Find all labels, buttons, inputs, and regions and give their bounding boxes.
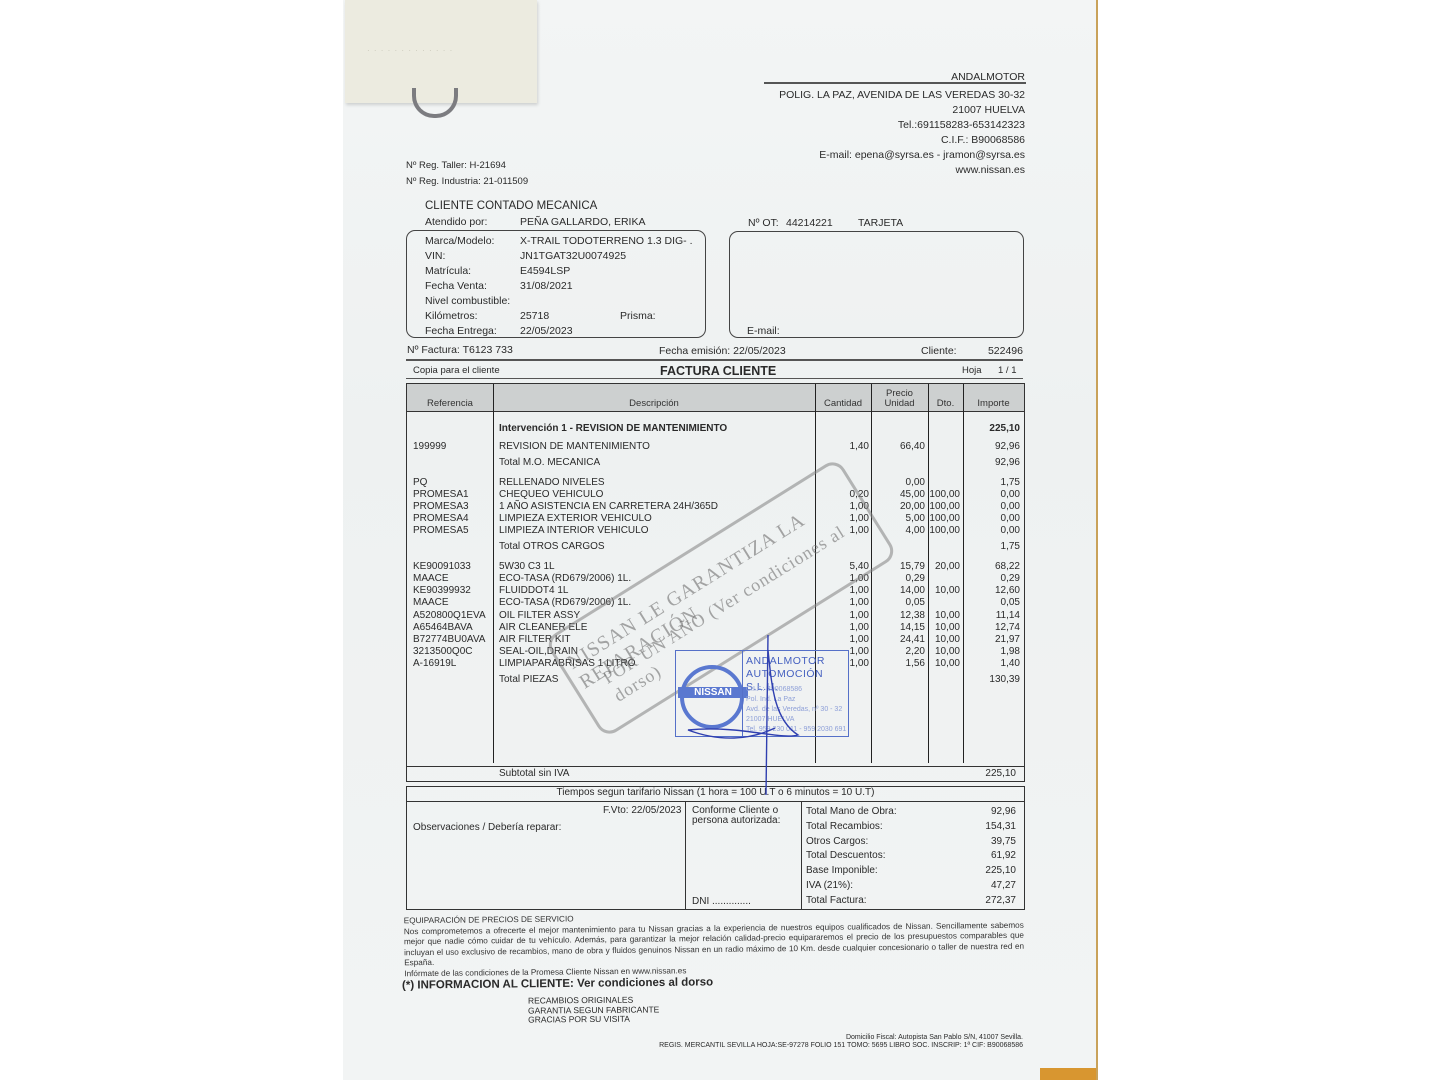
legal-section: EQUIPARACIÓN DE PRECIOS DE SERVICIO Nos … — [404, 910, 1025, 979]
cell-amount: 0,00 — [1001, 513, 1020, 524]
header-dto: Dto. — [928, 398, 963, 409]
cell-ref: PROMESA1 — [413, 489, 469, 500]
cell-amount: 0,00 — [1001, 525, 1020, 536]
cell-amount: 1,75 — [1001, 477, 1020, 488]
ot-label: Nº OT: — [748, 217, 779, 229]
cell-amount: 21,97 — [995, 634, 1020, 645]
cell-ref: PROMESA5 — [413, 525, 469, 536]
cell-amount: 92,96 — [995, 457, 1020, 468]
cell-amount: 130,39 — [989, 674, 1020, 685]
invoice-title: FACTURA CLIENTE — [660, 364, 776, 378]
customer-box — [729, 231, 1024, 338]
cell-desc: 1 AÑO ASISTENCIA EN CARRETERA 24H/365D — [499, 501, 718, 512]
cell-dto: 100,00 — [929, 513, 960, 524]
cell-desc: 5W30 C3 1L — [499, 561, 555, 572]
total-value: 92,96 — [991, 806, 1016, 817]
cell-price: 0,29 — [906, 573, 925, 584]
vehicle-value: 22/05/2023 — [520, 325, 573, 337]
cell-desc: CHEQUEO VEHICULO — [499, 489, 603, 500]
cell-price: 0,05 — [906, 597, 925, 608]
cell-price: 24,41 — [900, 634, 925, 645]
total-value: 154,31 — [985, 821, 1016, 832]
cell-ref: 3213500Q0C — [413, 646, 473, 657]
cell-dto: 10,00 — [935, 622, 960, 633]
cell-qty: 1,40 — [850, 441, 869, 452]
client-number: 522496 — [988, 345, 1023, 357]
header-desc: Descripción — [493, 398, 815, 409]
total-label: Otros Cargos: — [806, 836, 868, 847]
vehicle-label: Fecha Venta: — [425, 280, 487, 292]
cell-price: 14,00 — [900, 585, 925, 596]
vehicle-label: VIN: — [425, 250, 445, 262]
legal-body: Nos comprometemos a ofrecerte el mejor m… — [404, 920, 1024, 968]
cell-price: 14,15 — [900, 622, 925, 633]
cell-ref: PROMESA4 — [413, 513, 469, 524]
cell-price: 15,79 — [900, 561, 925, 572]
cell-price: 1,56 — [906, 658, 925, 669]
table-row: PQRELLENADO NIVELES0,001,75 — [407, 477, 1024, 489]
cell-dto: 10,00 — [935, 658, 960, 669]
vehicle-label: Marca/Modelo: — [425, 235, 494, 247]
customer-type: CLIENTE CONTADO MECANICA — [425, 200, 597, 212]
cell-dto: 10,00 — [935, 646, 960, 657]
cell-amount: 0,29 — [1001, 573, 1020, 584]
summary-table: Tiempos segun tarifario Nissan (1 hora =… — [406, 786, 1025, 910]
cell-qty: 1,00 — [850, 634, 869, 645]
total-value: 47,27 — [991, 880, 1016, 891]
cell-ref: 199999 — [413, 441, 446, 452]
ot-value: 44214221 — [786, 217, 833, 229]
cell-amount: 225,10 — [989, 423, 1020, 434]
vehicle-label: Matrícula: — [425, 265, 471, 277]
col-divider — [801, 801, 802, 909]
cell-ref: MAACE — [413, 573, 449, 584]
cell-qty: 1,00 — [850, 646, 869, 657]
table-row: PROMESA4LIMPIEZA EXTERIOR VEHICULO1,005,… — [407, 513, 1024, 525]
cell-dto: 20,00 — [935, 561, 960, 572]
total-label: Total Factura: — [806, 895, 867, 906]
col-divider — [685, 801, 686, 909]
mercantile-registry: REGIS. MERCANTIL SEVILLA HOJA:SE-97278 F… — [659, 1042, 1023, 1049]
cell-desc: ECO-TASA (RD679/2006) 1L. — [499, 573, 631, 584]
cell-price: 5,00 — [906, 513, 925, 524]
cell-amount: 1,75 — [1001, 541, 1020, 552]
cell-desc: Total PIEZAS — [499, 674, 558, 685]
cell-amount: 1,98 — [1001, 646, 1020, 657]
total-label: Total Descuentos: — [806, 850, 886, 861]
table-row: PROMESA31 AÑO ASISTENCIA EN CARRETERA 24… — [407, 501, 1024, 513]
cell-price: 66,40 — [900, 441, 925, 452]
cell-price: 2,20 — [906, 646, 925, 657]
fiscal-domicile: Domicilio Fiscal: Autopista San Pablo S/… — [846, 1034, 1023, 1041]
closing-lines: RECAMBIOS ORIGINALESGARANTIA SEGUN FABRI… — [528, 995, 660, 1025]
cell-dto: 100,00 — [929, 525, 960, 536]
vehicle-label: Nivel combustible: — [425, 295, 510, 307]
table-row: PROMESA1CHEQUEO VEHICULO0,2045,00100,000… — [407, 489, 1024, 501]
header-price-2: Unidad — [871, 398, 928, 409]
cell-amount: 1,40 — [1001, 658, 1020, 669]
header-amount: Importe — [963, 398, 1024, 409]
cell-ref: PROMESA3 — [413, 501, 469, 512]
cell-dto: 10,00 — [935, 634, 960, 645]
cell-price: 12,38 — [900, 610, 925, 621]
prisma-label: Prisma: — [620, 310, 656, 322]
observations-label: Observaciones / Debería reparar: — [413, 822, 561, 833]
vehicle-value: E4594LSP — [520, 265, 570, 277]
subtotal-label: Subtotal sin IVA — [499, 768, 569, 779]
cell-price: 4,00 — [906, 525, 925, 536]
table-header: Referencia Descripción Cantidad Precio U… — [407, 384, 1024, 412]
cell-desc: RELLENADO NIVELES — [499, 477, 605, 488]
cell-ref: B72774BU0AVA — [413, 634, 485, 645]
cell-price: 0,00 — [906, 477, 925, 488]
cell-desc: LIMPIEZA INTERIOR VEHICULO — [499, 525, 648, 536]
cell-ref: A65464BAVA — [413, 622, 473, 633]
cell-ref: PQ — [413, 477, 427, 488]
email-label: E-mail: — [747, 325, 780, 337]
invoice-number: Nº Factura: T6123 733 — [407, 344, 513, 356]
issue-date: Fecha emisión: 22/05/2023 — [659, 345, 786, 357]
total-label: Base Imponible: — [806, 865, 878, 876]
vehicle-value: 31/08/2021 — [520, 280, 573, 292]
cell-desc: REVISION DE MANTENIMIENTO — [499, 441, 650, 452]
total-value: 272,37 — [985, 895, 1016, 906]
cell-dto: 10,00 — [935, 585, 960, 596]
sheet-value: 1 / 1 — [998, 365, 1017, 376]
cell-price: 20,00 — [900, 501, 925, 512]
cell-dto: 10,00 — [935, 610, 960, 621]
signature — [680, 630, 820, 800]
cell-ref: MAACE — [413, 597, 449, 608]
dealer-name: ANDALMOTOR — [951, 71, 1025, 83]
copy-label: Copia para el cliente — [413, 365, 500, 376]
total-value: 225,10 — [985, 865, 1016, 876]
cell-amount: 68,22 — [995, 561, 1020, 572]
cell-amount: 0,00 — [1001, 501, 1020, 512]
cell-desc: FLUIDDOT4 1L — [499, 585, 568, 596]
title-divider — [406, 378, 1023, 379]
cell-amount: 12,60 — [995, 585, 1020, 596]
cell-qty: 1,00 — [850, 658, 869, 669]
header-ref: Referencia — [407, 398, 493, 409]
cell-desc: LIMPIEZA EXTERIOR VEHICULO — [499, 513, 652, 524]
dealer-city: 21007 HUELVA — [952, 104, 1025, 116]
cell-price: 45,00 — [900, 489, 925, 500]
conformity-line-2: persona autorizada: — [692, 815, 780, 826]
total-value: 61,92 — [991, 850, 1016, 861]
dealer-phone: Tel.:691158283-653142323 — [898, 119, 1025, 131]
subtotal-value: 225,10 — [985, 768, 1016, 779]
cell-desc: Total OTROS CARGOS — [499, 541, 605, 552]
dealer-email: E-mail: epena@syrsa.es - jramon@syrsa.es — [819, 149, 1025, 161]
closing-line: GRACIAS POR SU VISITA — [528, 1014, 659, 1025]
due-date: F.Vto: 22/05/2023 — [603, 805, 681, 816]
cell-qty: 1,00 — [850, 585, 869, 596]
vehicle-label: Kilómetros: — [425, 310, 478, 322]
vehicle-value: JN1TGAT32U0074925 — [520, 250, 626, 262]
cell-qty: 1,00 — [850, 610, 869, 621]
cell-dto: 100,00 — [929, 489, 960, 500]
reg-taller: Nº Reg. Taller: H-21694 — [406, 160, 506, 171]
dni-label: DNI .............. — [692, 896, 751, 907]
cell-qty: 1,00 — [850, 597, 869, 608]
header-qty: Cantidad — [815, 398, 871, 409]
total-value: 39,75 — [991, 836, 1016, 847]
payment-method: TARJETA — [858, 217, 903, 229]
cell-desc: Intervención 1 - REVISION DE MANTENIMIEN… — [499, 423, 727, 434]
attended-value: PEÑA GALLARDO, ERIKA — [520, 216, 645, 228]
table-row: Intervención 1 - REVISION DE MANTENIMIEN… — [407, 423, 1024, 435]
vehicle-label: Fecha Entrega: — [425, 325, 497, 337]
cell-ref: KE90399932 — [413, 585, 471, 596]
table-row: 199999REVISION DE MANTENIMIENTO1,4066,40… — [407, 441, 1024, 453]
cell-desc: Total M.O. MECANICA — [499, 457, 600, 468]
cell-desc: OIL FILTER ASSY — [499, 610, 580, 621]
cell-dto: 100,00 — [929, 501, 960, 512]
cell-ref: A520800Q1EVA — [413, 610, 486, 621]
cell-amount: 11,14 — [996, 610, 1020, 621]
attended-label: Atendido por: — [425, 216, 487, 228]
total-label: IVA (21%): — [806, 880, 853, 891]
table-row: Total M.O. MECANICA92,96 — [407, 457, 1024, 469]
vehicle-value: 25718 — [520, 310, 549, 322]
sheet-label: Hoja — [962, 365, 982, 376]
page-edge — [1040, 1068, 1096, 1080]
meta-divider — [406, 359, 1023, 361]
total-label: Total Recambios: — [806, 821, 883, 832]
dealer-web: www.nissan.es — [956, 164, 1025, 176]
cell-amount: 0,05 — [1001, 597, 1020, 608]
cell-ref: KE90091033 — [413, 561, 471, 572]
reg-industria: Nº Reg. Industria: 21-011509 — [406, 176, 528, 187]
cell-amount: 12,74 — [995, 622, 1020, 633]
dealer-address: POLIG. LA PAZ, AVENIDA DE LAS VEREDAS 30… — [779, 89, 1025, 101]
cell-qty: 1,00 — [850, 622, 869, 633]
vehicle-value: X-TRAIL TODOTERRENO 1.3 DIG- . — [520, 235, 693, 247]
cell-ref: A-16919L — [413, 658, 456, 669]
cell-amount: 92,96 — [995, 441, 1020, 452]
dealer-cif: C.I.F.: B90068586 — [941, 134, 1025, 146]
total-label: Total Mano de Obra: — [806, 806, 897, 817]
cell-amount: 0,00 — [1001, 489, 1020, 500]
client-label: Cliente: — [921, 345, 957, 357]
